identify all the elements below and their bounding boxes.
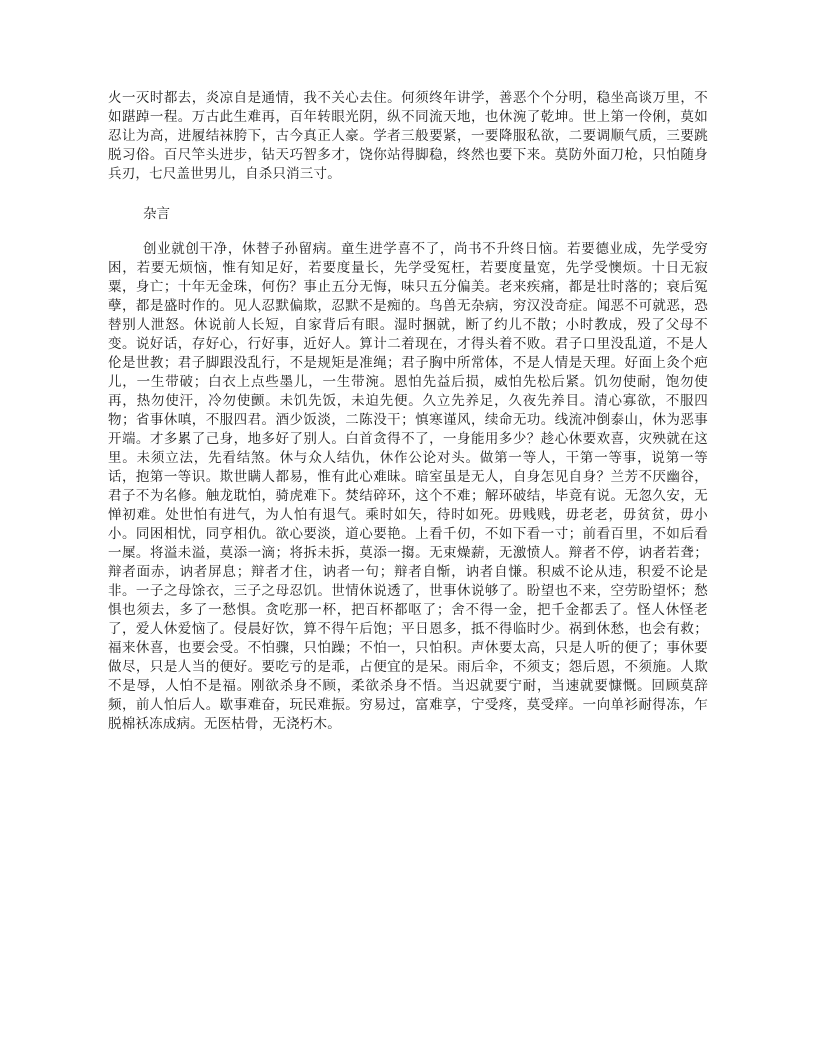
paragraph-zayan-aphorisms: 创业就创干净，休替子孙留病。童生进学喜不了，尚书不升终日恼。若要德业成，先学受穷… [108,239,708,733]
document-page: 火一灭时都去，炎凉自是通情，我不关心去住。何须终年讲学，善恶个个分明，稳坐高谈万… [0,0,816,1056]
section-heading-zayan: 杂言 [108,204,708,223]
paragraph-verse-continuation: 火一灭时都去，炎凉自是通情，我不关心去住。何须终年讲学，善恶个个分明，稳坐高谈万… [108,88,708,183]
